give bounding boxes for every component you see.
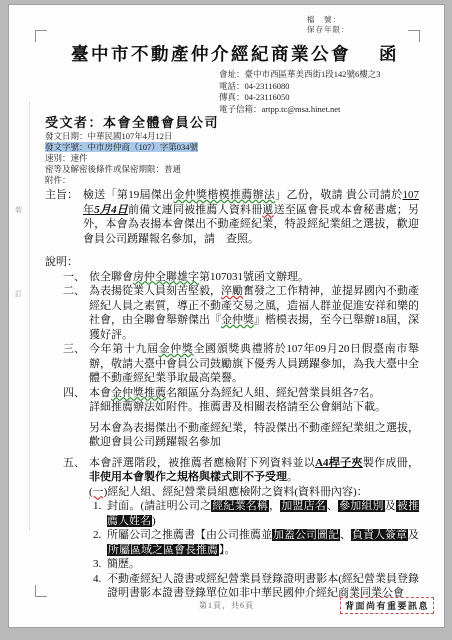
sub-section-header: (一)經紀人組、經紀營業員組應檢附之資料(資料冊內容)： (45, 485, 419, 500)
text-segment: ， (269, 500, 280, 512)
meta-attachment: 附件： (45, 175, 198, 186)
item-text: 依全聯會房仲全聯雄字第107031號函文辦理。 (89, 270, 419, 285)
text-segment: 所屬區域之區會長推薦 (107, 544, 219, 556)
text-segment: 房仲全聯雄字 (133, 271, 199, 283)
numbered-item-2: 2. 所屬公司之推薦書【由公司推薦並加蓋公司圖記、負責人簽章及所屬區域之區會長推… (45, 528, 419, 557)
explanation-item-4: 四、 本會金仲獎推薦名額區分為經紀人組、經紀營業員組各7名。 (45, 386, 419, 401)
subject-label: 主旨： (45, 188, 83, 246)
text-segment: 簡歷。 (107, 558, 140, 570)
item-number: 一、 (63, 270, 89, 285)
meta-doc-number: 發文字號：中市房仲商（107）字第034號 (45, 142, 198, 153)
text-segment: 依全聯會 (89, 271, 133, 283)
meta-date: 發文日期：中華民國107年4月12日 (45, 131, 198, 142)
text-segment: ) (152, 515, 156, 527)
subject-paragraph: 主旨： 檢送「第19屆傑出金仲獎楷模推薦辦法」乙份，敬請 貴公司請於107年5月… (45, 188, 419, 246)
classification-stamp: 檔 號： 保存年限： (307, 15, 350, 34)
text-segment: 金仲獎 (221, 314, 254, 326)
text-segment: 經紀人組、經紀營業員組應檢附之資料(資料冊內容)： (107, 486, 367, 498)
numbered-item-number: 3. (93, 557, 107, 572)
subject-text: 檢送「第19屆傑出金仲獎楷模推薦辦法」乙份，敬請 貴公司請於107年5月4日前備… (83, 188, 419, 246)
explanation-item-2: 二、 為表揚從業人員刻苦堅毅，淬勵奮發之工作精神，並提昇國內不動產經紀人員之素質… (45, 284, 419, 342)
document-page: 裝 訂 檔 號： 保存年限： 臺中市不動產仲介經紀商業公會函 會址：臺中市西區華… (8, 4, 445, 628)
text-segment: 本會 (89, 387, 111, 399)
meta-block: 發文日期：中華民國107年4月12日 發文字號：中市房仲商（107）字第034號… (45, 131, 198, 186)
item-text: 為表揚從業人員刻苦堅毅，淬勵奮發之工作精神，並提昇國內不動產經紀人員之素質，導正… (89, 284, 419, 342)
contact-fax: 傳真：04-23116050 (219, 92, 381, 104)
text-segment: 經紀業名稱 (211, 500, 269, 512)
margin-mark-binding-bottom: 訂 (15, 289, 22, 299)
text-segment: 另本會為表揚傑出不動產經紀業，特設傑出不動產經紀業組之選拔，歡迎會員公司踴躍報名… (89, 422, 419, 449)
text-segment: 。 (287, 471, 298, 483)
item-text: 今年第十九屆金仲獎全國頒獎典禮將於107年09月20日假臺南市舉辦，敬請大臺中會… (89, 342, 419, 386)
numbered-item-1: 1. 封面。(請註明公司之經紀業名稱，加盟店名、參加組別及被推薦人姓名) (45, 499, 419, 528)
extra-paragraph: 另本會為表揚傑出不動產經紀業，特設傑出不動產經紀業組之選拔，歡迎會員公司踴躍報名… (45, 421, 419, 450)
item-number: 二、 (63, 284, 89, 342)
item-number: 四、 (63, 386, 89, 401)
contact-address: 會址：臺中市西區華美西街1段142號6樓之3 (219, 69, 381, 81)
item-text: 本會評選階段，被推薦者應檢附下列資料並以A4桿子夾製作成冊，非使用本會製作之規格… (89, 456, 419, 485)
text-segment: 封面。(請註明公司之 (107, 500, 211, 512)
text-segment: 詳細推薦辦法如附件。推薦書及相關表格請至公會網站下載。 (89, 401, 386, 413)
back-notice-box: 背面尚有重要訊息 (340, 597, 434, 614)
contact-email: 電子信箱：artpp.tc@msa.hinet.net (219, 104, 381, 116)
numbered-item-text: 所屬公司之推薦書【由公司推薦並加蓋公司圖記、負責人簽章及所屬區域之區會長推薦】。 (107, 528, 419, 557)
binding-line (29, 101, 30, 531)
text-segment: 金仲獎楷模推薦辦法 (173, 189, 275, 201)
text-segment: 金仲獎 (159, 343, 194, 355)
text-segment: 參加組別 (338, 500, 385, 512)
text-segment: 、 (340, 529, 351, 541)
text-segment: 為表揚從業人員刻苦堅毅， (89, 285, 221, 297)
doc-type: 函 (379, 44, 399, 64)
meta-speed: 速別：速件 (45, 153, 198, 164)
explanation-item-3: 三、 今年第十九屆金仲獎全國頒獎典禮將於107年09月20日假臺南市舉辦，敬請大… (45, 342, 419, 386)
text-segment: 不動產經紀人證書或經紀營業員登錄證明書影本(經紀營業員登錄證明書影本證書登錄單位… (107, 573, 419, 600)
crop-mark-top-right-icon (408, 30, 420, 42)
text-segment: 負責人簽章 (351, 529, 408, 541)
crop-mark-top-left-icon (35, 30, 47, 42)
text-segment: 金仲獎推薦 (111, 387, 166, 399)
text-segment: 」乙份，敬請 貴公司請於 (275, 189, 402, 201)
numbered-item-3: 3. 簡歷。 (45, 557, 419, 572)
numbered-item-text: 封面。(請註明公司之經紀業名稱，加盟店名、參加組別及被推薦人姓名) (107, 499, 419, 528)
stamp-retention: 保存年限： (307, 25, 350, 35)
text-segment: 5月4日 (94, 204, 128, 216)
org-name: 臺中市不動產仲介經紀商業公會 (71, 44, 351, 64)
text-segment: 加蓋公司圖記 (272, 529, 340, 541)
text-segment: 前備文連同被推薦人資料冊 (128, 204, 262, 216)
text-segment: 、 (327, 500, 338, 512)
explanation-item-5: 五、 本會評選階段，被推薦者應檢附下列資料並以A4桿子夾製作成冊，非使用本會製作… (45, 456, 419, 485)
item-number: 五、 (63, 456, 89, 485)
explanation-item-1: 一、 依全聯會房仲全聯雄字第107031號函文辦理。 (45, 270, 419, 285)
numbered-item-number: 4. (93, 572, 107, 601)
text-segment: 所屬公司之推薦書【由公司推薦並 (107, 529, 272, 541)
item-number: 三、 (63, 342, 89, 386)
meta-security: 密等及解密後條件或保密期限：普通 (45, 164, 198, 175)
stamp-file-no: 檔 號： (307, 15, 350, 25)
meta-doc-number-highlight: 發文字號：中市房仲商（107）字第034號 (45, 142, 198, 152)
recipient-line: 受文者：本會全體會員公司 (45, 112, 219, 131)
text-segment: 淬勵 (221, 285, 243, 297)
text-segment: 名額區分為經紀人組、經紀營業員組各7名。 (166, 387, 381, 399)
text-segment: 製作成冊， (363, 457, 419, 469)
text-segment: 遞 (262, 204, 273, 216)
text-segment: A4桿子夾 (315, 457, 363, 469)
text-segment: (一) (89, 486, 107, 498)
text-segment: 第107031號函文辦理。 (199, 271, 309, 283)
text-segment: 檢送「第19屆傑出 (83, 189, 173, 201)
text-segment: 加盟店名 (280, 500, 327, 512)
margin-mark-binding-top: 裝 (15, 205, 22, 215)
text-segment: 非使用本會製作之規格與樣式則不予受理 (89, 471, 287, 483)
text-segment: 及 (408, 529, 419, 541)
contact-phone: 電話：04-23116080 (219, 81, 381, 93)
letter-body: 主旨： 檢送「第19屆傑出金仲獎楷模推薦辦法」乙份，敬請 貴公司請於107年5月… (45, 188, 419, 601)
item-4-continuation: 詳細推薦辦法如附件。推薦書及相關表格請至公會網站下載。 (45, 400, 419, 415)
numbered-item-number: 1. (93, 499, 107, 528)
document-title: 臺中市不動產仲介經紀商業公會函 (71, 41, 399, 66)
item-text: 本會金仲獎推薦名額區分為經紀人組、經紀營業員組各7名。 (89, 386, 419, 401)
text-segment: 及 (385, 500, 396, 512)
text-segment: 本會評選階段，被推薦者應檢附下列資料並以 (89, 457, 315, 469)
numbered-item-text: 簡歷。 (107, 557, 419, 572)
text-segment: 今年第十九屆 (89, 343, 159, 355)
explanation-label: 說明： (45, 255, 419, 270)
contact-block: 會址：臺中市西區華美西街1段142號6樓之3 電話：04-23116080 傳真… (219, 69, 381, 115)
text-segment: 】。 (219, 544, 236, 556)
numbered-item-number: 2. (93, 528, 107, 557)
